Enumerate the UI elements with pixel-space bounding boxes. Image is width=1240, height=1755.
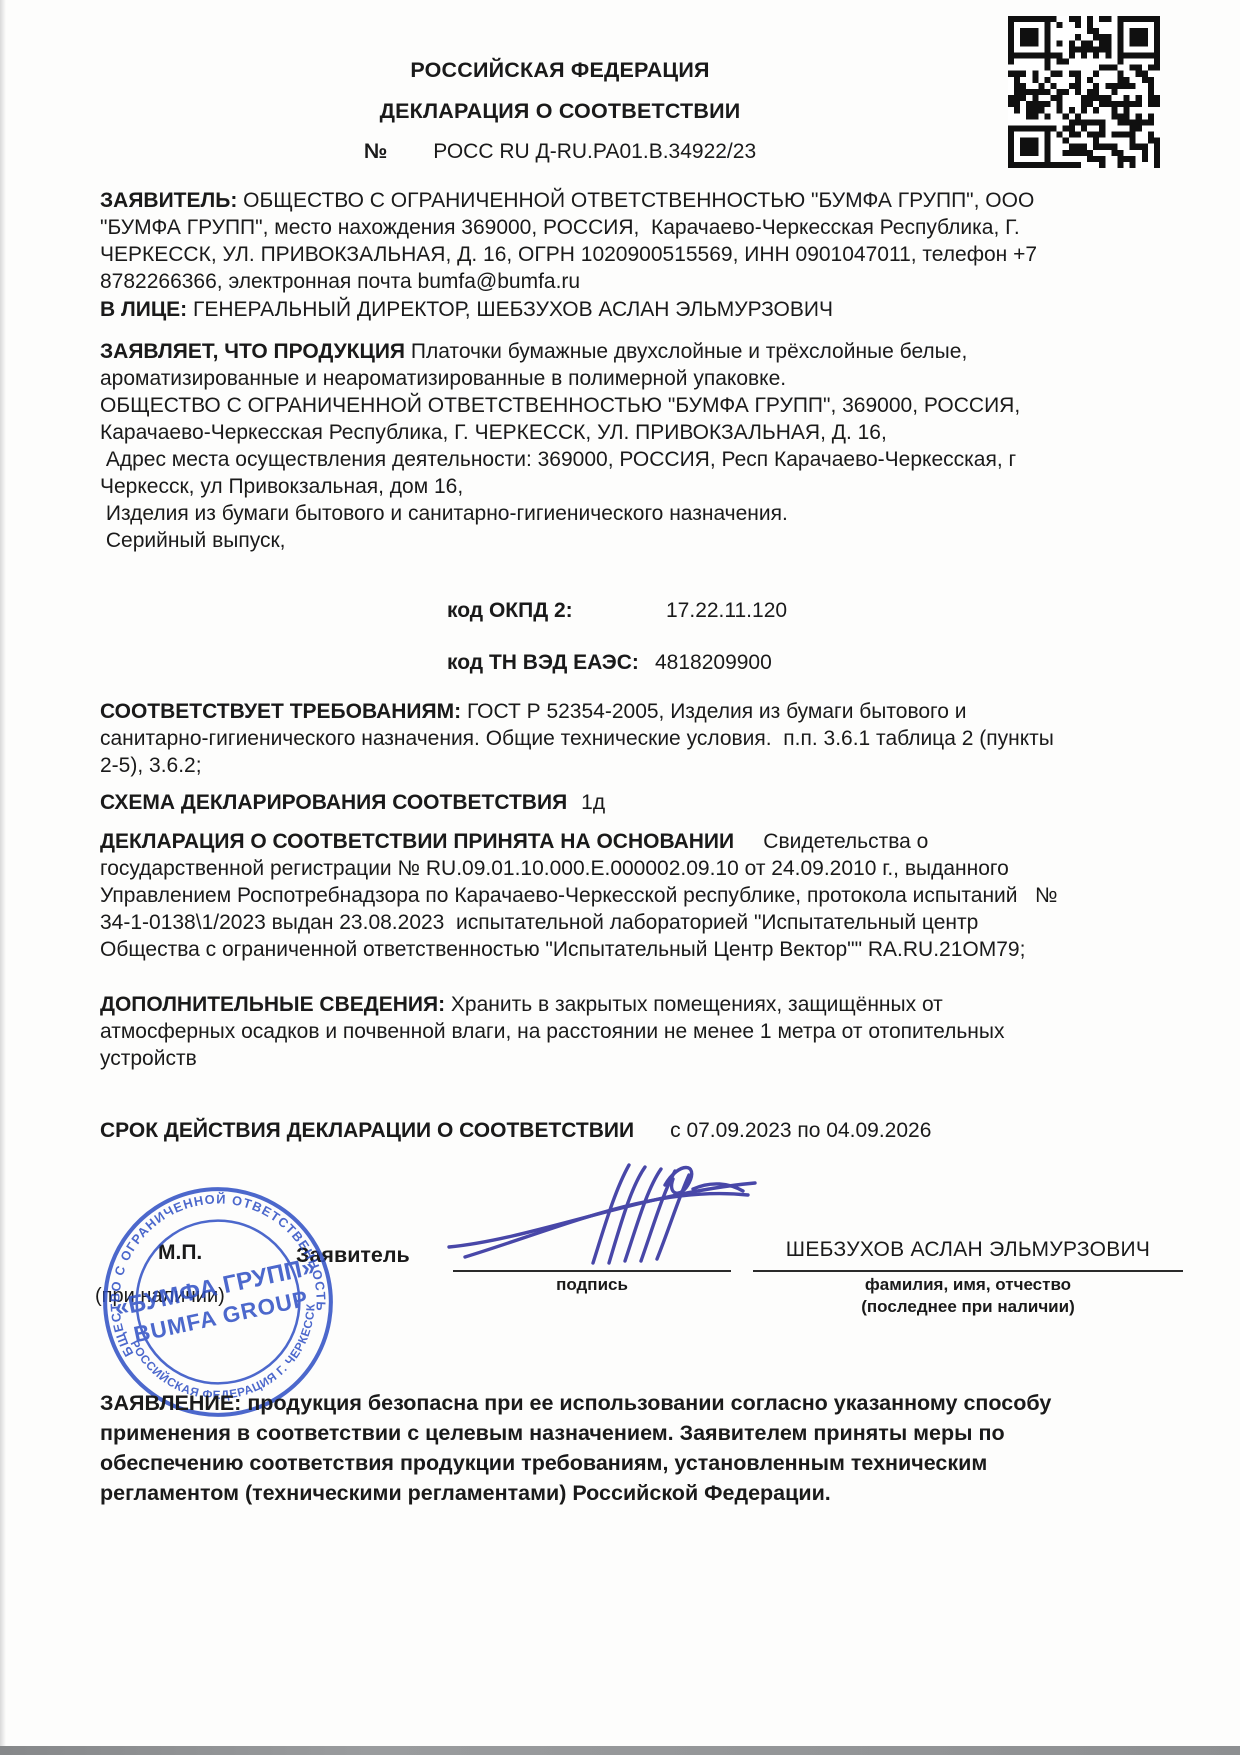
mp-note: (при наличии) xyxy=(95,1285,225,1308)
scheme-label: СХЕМА ДЕКЛАРИРОВАНИЯ СООТВЕТСТВИЯ xyxy=(100,791,567,814)
number-sign: № xyxy=(364,140,387,163)
scan-edge-shade xyxy=(0,0,6,1755)
name-caption-2: (последнее при наличии) xyxy=(753,1297,1183,1317)
scheme-value: 1д xyxy=(581,791,605,814)
applicant-text: ОБЩЕСТВО С ОГРАНИЧЕННОЙ ОТВЕТСТВЕННОСТЬЮ… xyxy=(100,189,1037,293)
validity-label: СРОК ДЕЙСТВИЯ ДЕКЛАРАЦИИ О СООТВЕТСТВИИ xyxy=(100,1119,634,1142)
signature-caption: подпись xyxy=(453,1275,731,1295)
okpd-label: код ОКПД 2: xyxy=(447,599,573,623)
product-text: Платочки бумажные двухслойные и трёхслой… xyxy=(100,340,1020,552)
complies-label: СООТВЕТСТВУЕТ ТРЕБОВАНИЯМ: xyxy=(100,700,461,723)
in-person-text: ГЕНЕРАЛЬНЫЙ ДИРЕКТОР, ШЕБЗУХОВ АСЛАН ЭЛЬ… xyxy=(187,298,833,321)
section-applicant: ЗАЯВИТЕЛЬ: ОБЩЕСТВО С ОГРАНИЧЕННОЙ ОТВЕТ… xyxy=(100,187,1185,295)
name-line xyxy=(753,1270,1183,1272)
signatory-name: ШЕБЗУХОВ АСЛАН ЭЛЬМУРЗОВИЧ xyxy=(753,1238,1183,1262)
section-in-person: В ЛИЦЕ: ГЕНЕРАЛЬНЫЙ ДИРЕКТОР, ШЕБЗУХОВ А… xyxy=(100,296,1185,323)
applicant-label: ЗАЯВИТЕЛЬ: xyxy=(100,189,237,212)
additional-label: ДОПОЛНИТЕЛЬНЫЕ СВЕДЕНИЯ: xyxy=(100,993,445,1016)
name-caption-1: фамилия, имя, отчество xyxy=(753,1275,1183,1295)
okpd-value: 17.22.11.120 xyxy=(666,599,787,623)
header-country: РОССИЙСКАЯ ФЕДЕРАЦИЯ xyxy=(0,58,1120,83)
header-number: №РОСС RU Д-RU.РА01.В.34922/23 xyxy=(0,140,1120,164)
section-scheme: СХЕМА ДЕКЛАРИРОВАНИЯ СООТВЕТСТВИЯ1д xyxy=(100,789,1185,816)
header-doc-title: ДЕКЛАРАЦИЯ О СООТВЕТСТВИИ xyxy=(0,99,1120,124)
mp-label: М.П. xyxy=(158,1241,202,1265)
handwritten-signature-icon xyxy=(443,1155,763,1273)
in-person-label: В ЛИЦЕ: xyxy=(100,298,187,321)
tnved-label: код ТН ВЭД ЕАЭС: xyxy=(447,651,639,675)
declaration-number: РОСС RU Д-RU.РА01.В.34922/23 xyxy=(433,140,756,163)
section-basis: ДЕКЛАРАЦИЯ О СООТВЕТСТВИИ ПРИНЯТА НА ОСН… xyxy=(100,828,1185,963)
section-statement: ЗАЯВЛЕНИЕ: продукция безопасна при ее ис… xyxy=(100,1388,1160,1508)
tnved-value: 4818209900 xyxy=(655,651,772,675)
scan-bottom-bar xyxy=(0,1746,1240,1755)
section-product: ЗАЯВЛЯЕТ, ЧТО ПРОДУКЦИЯ Платочки бумажны… xyxy=(100,338,1185,554)
section-complies: СООТВЕТСТВУЕТ ТРЕБОВАНИЯМ: ГОСТ Р 52354-… xyxy=(100,698,1185,779)
section-additional: ДОПОЛНИТЕЛЬНЫЕ СВЕДЕНИЯ: Хранить в закры… xyxy=(100,991,1185,1072)
svg-text:ОБЩЕСТВО С ОГРАНИЧЕННОЙ ОТВЕТС: ОБЩЕСТВО С ОГРАНИЧЕННОЙ ОТВЕТСТВЕННОСТЬЮ xyxy=(96,1180,334,1364)
product-label: ЗАЯВЛЯЕТ, ЧТО ПРОДУКЦИЯ xyxy=(100,340,405,363)
section-validity: СРОК ДЕЙСТВИЯ ДЕКЛАРАЦИИ О СООТВЕТСТВИИс… xyxy=(100,1117,1185,1144)
validity-value: с 07.09.2023 по 04.09.2026 xyxy=(670,1119,931,1142)
applicant-role-label: Заявитель xyxy=(296,1243,410,1268)
stamp-ring-top-text: ОБЩЕСТВО С ОГРАНИЧЕННОЙ ОТВЕТСТВЕННОСТЬЮ xyxy=(96,1180,334,1364)
signature-line xyxy=(453,1270,731,1272)
declaration-document: РОССИЙСКАЯ ФЕДЕРАЦИЯ ДЕКЛАРАЦИЯ О СООТВЕ… xyxy=(0,0,1240,1755)
basis-label: ДЕКЛАРАЦИЯ О СООТВЕТСТВИИ ПРИНЯТА НА ОСН… xyxy=(100,830,734,853)
